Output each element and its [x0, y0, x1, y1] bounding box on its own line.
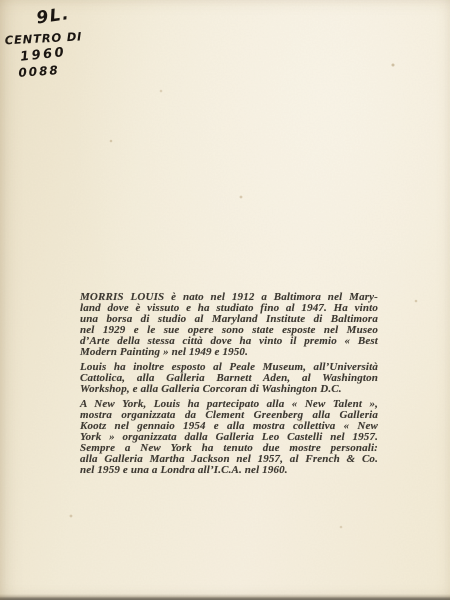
text-line: nel 1959 e una a Londra all’I.C.A. nel 1… [80, 465, 378, 476]
handwritten-annotation-line-4: 0088 [18, 63, 60, 80]
handwritten-annotation-line-2: CENTRO DI [4, 29, 82, 47]
handwritten-annotation-line-3: 1960 [19, 45, 67, 65]
handwritten-annotation-line-1: 9L. [35, 4, 71, 28]
bio-paragraph-3: A New York, Louis ha partecipato alla « … [80, 399, 378, 477]
bio-paragraph-2: Louis ha inoltre esposto al Peale Museum… [80, 362, 378, 395]
text-line: Workshop, e alla Galleria Corcoran di Wa… [80, 384, 378, 395]
text-line: Modern Painting » nel 1949 e 1950. [80, 347, 378, 358]
biography-text-block: MORRIS LOUIS è nato nel 1912 a Baltimora… [80, 292, 378, 477]
page-bottom-scan-edge [0, 594, 450, 600]
bio-paragraph-1: MORRIS LOUIS è nato nel 1912 a Baltimora… [80, 292, 378, 359]
scanned-catalog-page: 9L. CENTRO DI 1960 0088 MORRIS LOUIS è n… [0, 0, 450, 600]
handwritten-annotation: 9L. CENTRO DI 1960 0088 [0, 0, 131, 101]
